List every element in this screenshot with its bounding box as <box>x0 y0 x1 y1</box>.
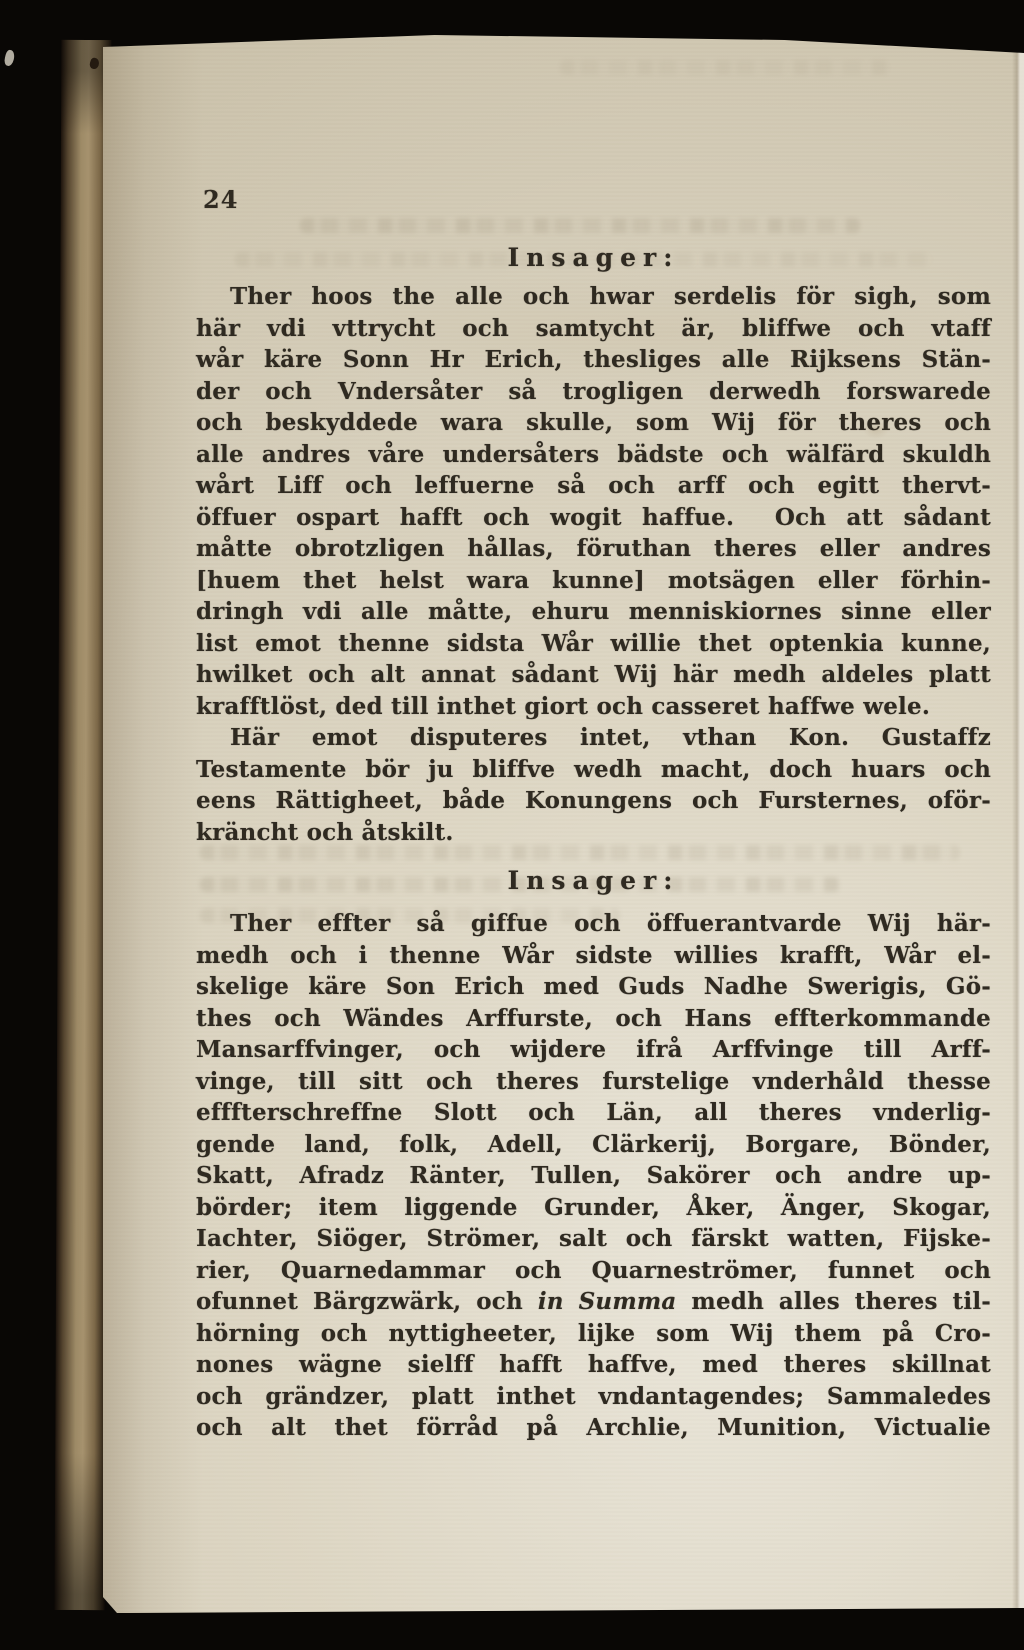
text-line: börder; item liggende Grunder, Åker, Äng… <box>196 1192 991 1224</box>
section-body: Ther effter så giffue och öffuerantvarde… <box>196 908 991 1444</box>
text-line: och alt thet förråd på Archlie, Munition… <box>196 1412 991 1444</box>
bleedthrough-text <box>300 218 860 233</box>
text-line: list emot thenne sidsta Wår willie thet … <box>196 628 991 660</box>
text-line: wår käre Sonn Hr Erich, thesliges alle R… <box>196 344 991 376</box>
text-line: ofunnet Bärgzwärk, och in Summa medh all… <box>196 1286 991 1318</box>
text-line: skelige käre Son Erich med Guds Nadhe Sw… <box>196 971 991 1003</box>
text-line: Ther hoos the alle och hwar serdelis för… <box>196 281 991 313</box>
section-insager-1: Insager: Ther hoos the alle och hwar ser… <box>196 243 991 848</box>
text-line: gende land, folk, Adell, Clärkerij, Borg… <box>196 1129 991 1161</box>
text-line: medh och i thenne Wår sidste willies kra… <box>196 940 991 972</box>
text-line: Mansarffvinger, och wijdere ifrå Arffvin… <box>196 1034 991 1066</box>
section-heading: Insager: <box>196 866 991 895</box>
text-line: måtte obrotzligen hållas, föruthan there… <box>196 533 991 565</box>
text-line: nones wägne sielff hafft haffve, med the… <box>196 1349 991 1381</box>
text-line: kräncht och åtskilt. <box>196 817 991 849</box>
section-heading: Insager: <box>196 243 991 272</box>
text-line: der och Vndersåter så trogligen derwedh … <box>196 376 991 408</box>
text-line: öffuer ospart hafft och wogit haffue. Oc… <box>196 502 991 534</box>
text-line: alle andres våre undersåters bädste och … <box>196 439 991 471</box>
text-line: [huem thet helst wara kunne] motsägen el… <box>196 565 991 597</box>
scan-speck <box>3 49 16 67</box>
text-line: eens Rättigheet, både Konungens och Furs… <box>196 785 991 817</box>
text-line: vinge, till sitt och theres furstelige v… <box>196 1066 991 1098</box>
text-line: här vdi vttrycht och samtycht är, bliffw… <box>196 313 991 345</box>
text-line: rier, Quarnedammar och Quarneströmer, fu… <box>196 1255 991 1287</box>
text-line: Testamente bör ju bliffve wedh macht, do… <box>196 754 991 786</box>
text-line: efffterschreffne Slott och Län, all ther… <box>196 1097 991 1129</box>
text-line: wårt Liff och leffuerne så och arff och … <box>196 470 991 502</box>
bleedthrough-text <box>560 60 890 75</box>
text-line: Ther effter så giffue och öffuerantvarde… <box>196 908 991 940</box>
text-line: Här emot disputeres intet, vthan Kon. Gu… <box>196 722 991 754</box>
section-body: Ther hoos the alle och hwar serdelis för… <box>196 281 991 848</box>
page-number: 24 <box>203 185 238 214</box>
text-line: krafftlöst, ded till inthet giort och ca… <box>196 691 991 723</box>
book-scan: 24 Insager: Ther hoos the alle och hwar … <box>0 0 1024 1650</box>
text-line: dringh vdi alle måtte, ehuru menniskiorn… <box>196 596 991 628</box>
text-line: hörning och nyttigheeter, lijke som Wij … <box>196 1318 991 1350</box>
section-insager-2: Insager: Ther effter så giffue och öffue… <box>196 866 991 1444</box>
book-page: 24 Insager: Ther hoos the alle och hwar … <box>103 33 1024 1613</box>
text-line: och grändzer, platt inthet vndantagendes… <box>196 1381 991 1413</box>
text-line: Iachter, Siöger, Strömer, salt och färsk… <box>196 1223 991 1255</box>
book-fore-edge <box>55 40 112 1610</box>
text-line: hwilket och alt annat sådant Wij här med… <box>196 659 991 691</box>
text-line: och beskyddede wara skulle, som Wij för … <box>196 407 991 439</box>
text-line: thes och Wändes Arffurste, och Hans efft… <box>196 1003 991 1035</box>
text-line: Skatt, Afradz Ränter, Tullen, Sakörer oc… <box>196 1160 991 1192</box>
